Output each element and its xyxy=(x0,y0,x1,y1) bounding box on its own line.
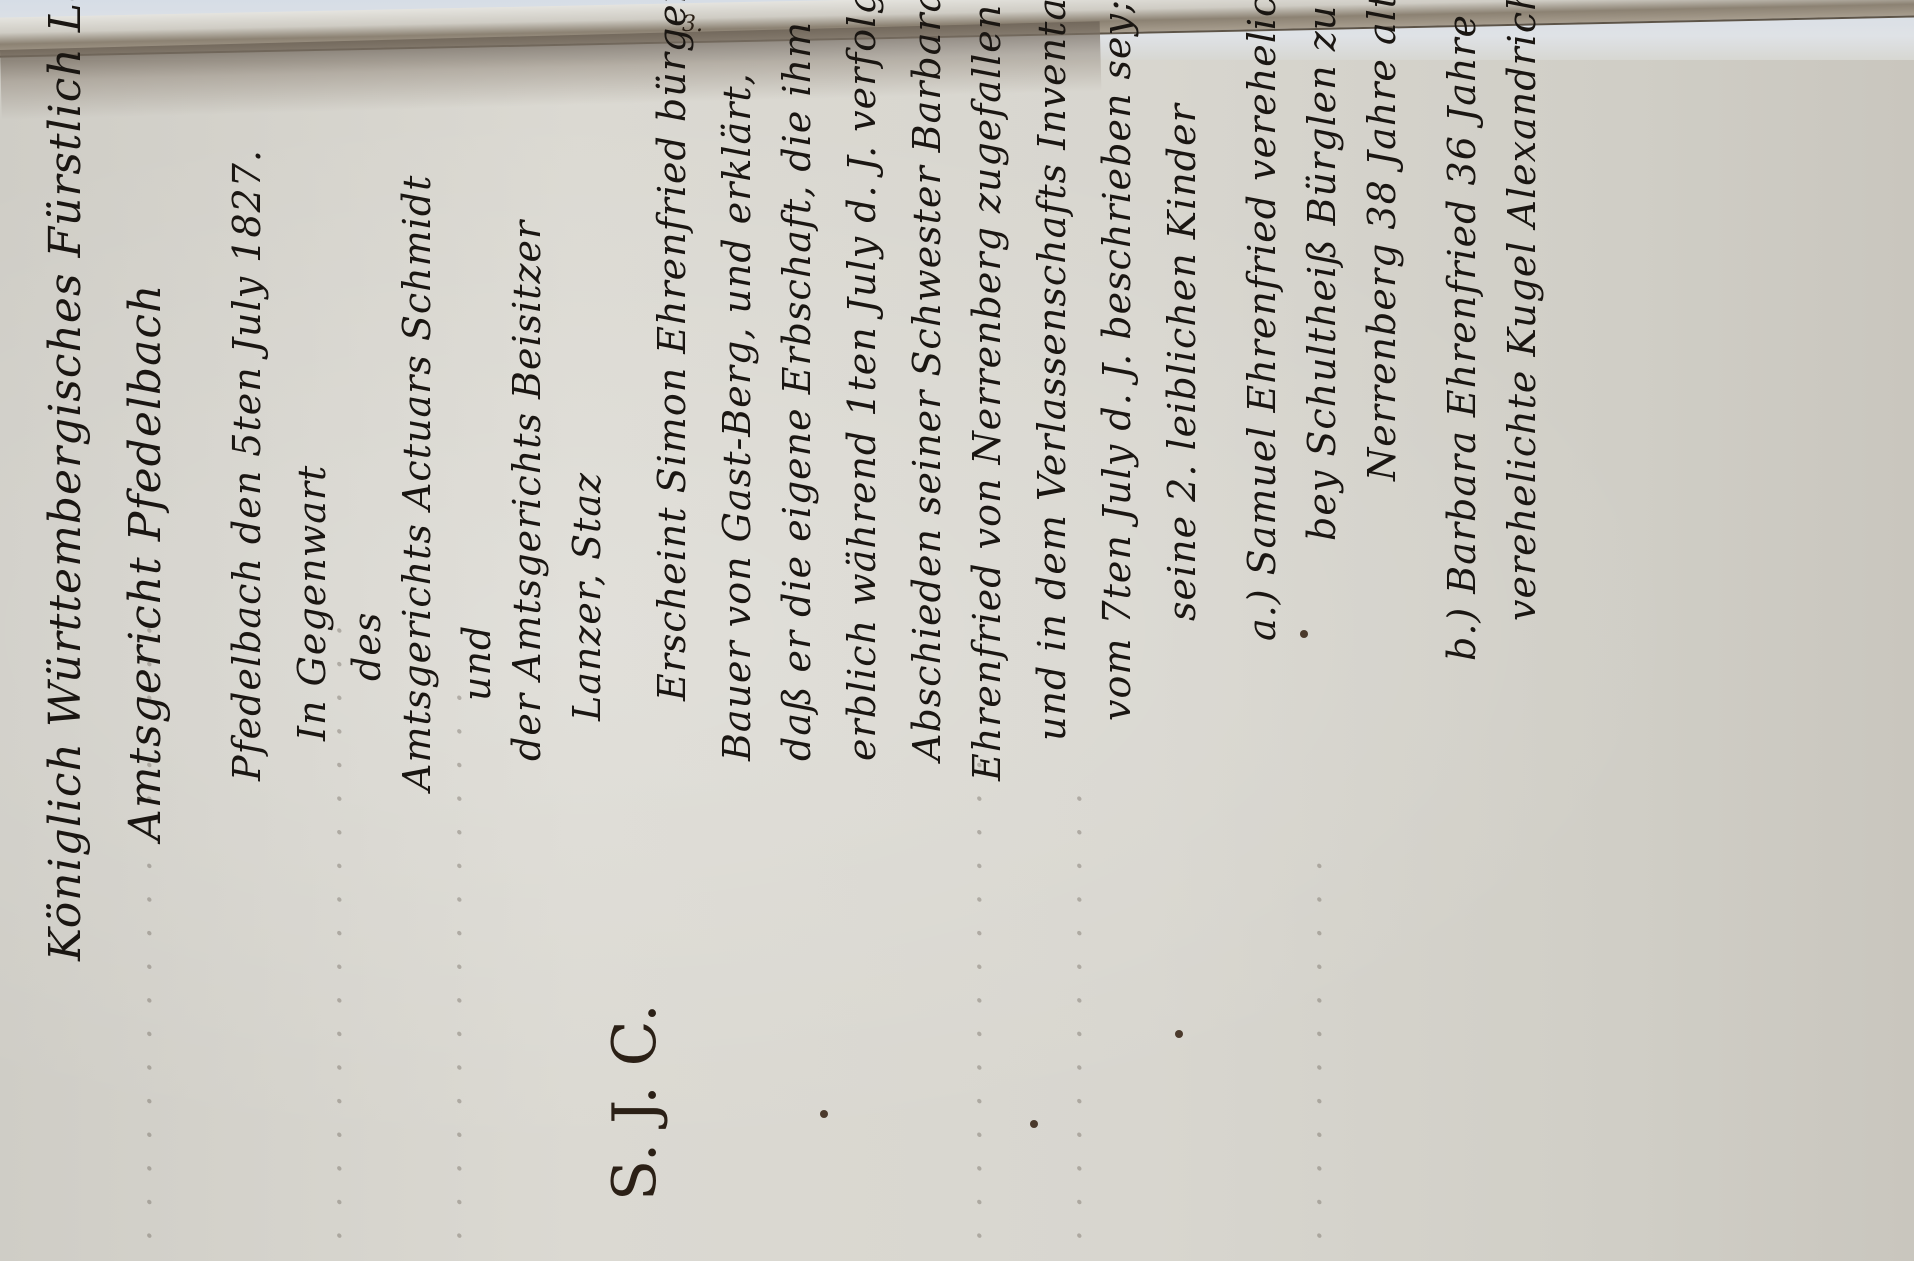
doc-line-21: Nerrenberg 38 Jahre alt xyxy=(1360,0,1404,481)
document-photo: 3. · · · · · · · · · · · · · · · · · · ·… xyxy=(0,0,1914,1261)
doc-line-8: der Amtsgerichts Beisitzer xyxy=(505,220,549,761)
doc-line-11: Bauer von Gast-Berg, und erklärt, xyxy=(715,72,759,761)
doc-line-16: und in dem Verlassenschafts Inventar xyxy=(1030,0,1074,741)
doc-line-15: Ehrenfried von Nerrenberg zugefallen xyxy=(965,4,1009,781)
doc-line-23: verehelichte Kugel Alexandrichshaft xyxy=(1500,0,1544,621)
doc-line-14: Abschieden seiner Schwester Barbara xyxy=(905,0,949,761)
doc-line-12: daß er die eigene Erbschaft, die ihm xyxy=(775,21,819,761)
doc-line-13: erblich während 1ten July d. J. verfolgt xyxy=(840,0,884,761)
doc-line-19: a.) Samuel Ehrenfried verehelichte xyxy=(1240,0,1284,641)
doc-line-7: und xyxy=(455,625,499,701)
bleed-through-text: · · · · · · · · · · · · · · · xyxy=(960,754,1000,1241)
doc-line-10: Erscheint Simon Ehrenfried bürgerlicher xyxy=(650,0,694,701)
doc-line-5: des xyxy=(345,612,389,681)
doc-line-3: Pfedelbach den 5ten July 1827. xyxy=(225,149,269,781)
doc-line-6: Amtsgerichts Actuars Schmidt xyxy=(395,175,439,791)
doc-line-20: bey Schultheiß Bürglen zu xyxy=(1300,5,1344,541)
doc-line-17: vom 7ten July d. J. beschrieben sey; xyxy=(1095,0,1139,721)
doc-line-22: b.) Barbara Ehrenfried 36 Jahre alt xyxy=(1440,0,1484,661)
doc-line-9: Lanzer, Staz xyxy=(565,472,609,721)
handwritten-text-block: · · · · · · · · · · · · · · · · · · · · … xyxy=(0,0,1914,1261)
doc-line-4: In Gegenwart xyxy=(290,465,334,741)
doc-line-1: Königlich Württembergisches Fürstlich Le… xyxy=(40,0,91,961)
bleed-through-text: · · · · · · · · · · · · xyxy=(1300,854,1340,1241)
bleed-through-text: · · · · · · · · · · · · · · · · · xyxy=(440,686,480,1241)
doc-line-18: seine 2. leiblichen Kinder xyxy=(1160,103,1204,621)
signature-mark: S. J. C. xyxy=(600,1004,670,1202)
doc-line-2: Amtsgericht Pfedelbach xyxy=(120,284,171,841)
bleed-through-text: · · · · · · · · · · · · · · xyxy=(1060,787,1100,1241)
